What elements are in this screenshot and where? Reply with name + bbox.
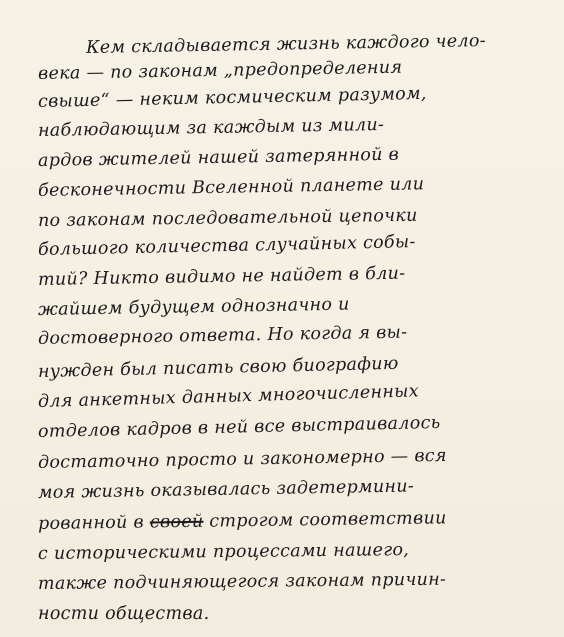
text-line: достаточно просто и закономерно — вся xyxy=(38,446,447,473)
text-line: ардов жителей нашей затерянной в xyxy=(38,145,399,171)
text-line: для анкетных данных многочисленных xyxy=(38,381,419,412)
text-line: свыше“ — неким космическим разумом, xyxy=(38,84,427,112)
text-line: по законам последовательной цепочки xyxy=(38,206,418,231)
text-line: Кем складывается жизнь каждого чело- xyxy=(86,31,486,58)
text-line: века — по законам „предопределения xyxy=(38,58,403,84)
text-line: тий? Никто видимо не найдет в бли- xyxy=(38,264,406,290)
text-line: также подчиняющегося законам причин- xyxy=(38,570,446,594)
text-line-with-strikethrough: рованной в своей строгом соответствии xyxy=(38,508,447,534)
struck-word: своей xyxy=(150,512,204,533)
text-line: моя жизнь оказывалась задетермини- xyxy=(38,476,414,503)
text-line: нужден был писать свою биографию xyxy=(38,354,399,382)
text-line: отделов кадров в ней все выстраивалось xyxy=(38,413,441,442)
text-line: бесконечности Вселенной планете или xyxy=(38,174,425,201)
text-line: большого количества случайных собы- xyxy=(38,232,416,260)
text-line: ности общества. xyxy=(38,604,209,624)
handwritten-text: Кем складывается жизнь каждого чело- век… xyxy=(0,0,564,637)
text-line: достоверного ответа. Но когда я вы- xyxy=(38,323,408,349)
manuscript-page: Кем складывается жизнь каждого чело- век… xyxy=(0,0,564,637)
text-line: жайшем будущем однозначно и xyxy=(38,295,350,320)
text-line: наблюдающим за каждым из мили- xyxy=(38,115,384,141)
text-line: с историческими процессами нашего, xyxy=(38,540,409,564)
